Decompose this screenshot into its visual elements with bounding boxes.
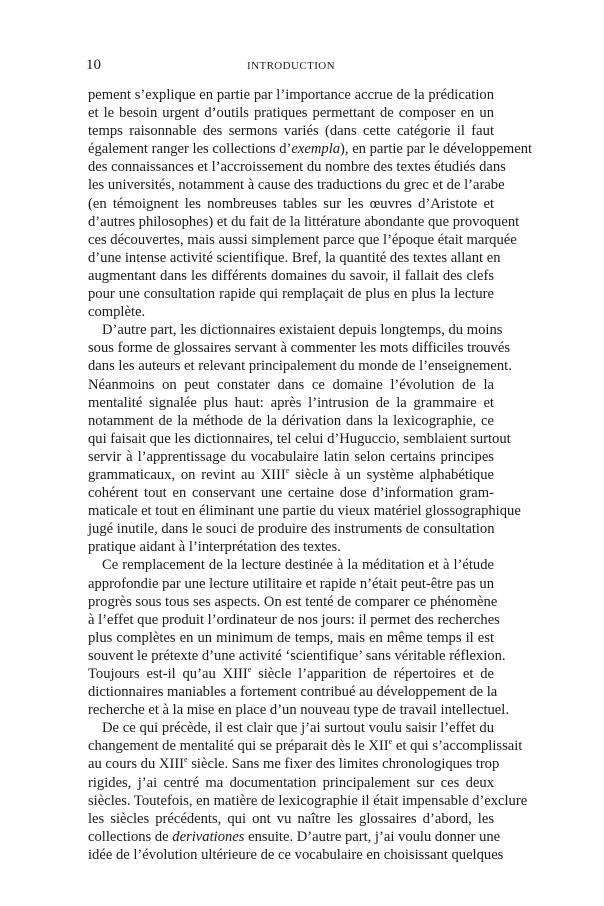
text-segment: Toujours est-il qu’au XIII [88, 666, 248, 682]
text-segment: idée de l’évolution ultérieure de ce voc… [88, 847, 503, 863]
text-segment: à l’effet que produit l’ordinateur de no… [88, 612, 500, 628]
text-line: pour une consultation rapide qui remplaç… [88, 285, 494, 303]
text-segment: siècles. Toutefois, en matière de lexico… [88, 793, 527, 809]
text-line: notamment de la méthode de la dérivation… [88, 412, 494, 430]
text-line: ces découvertes, mais aussi simplement p… [88, 231, 494, 249]
text-segment: qui faisait que les dictionnaires, tel c… [88, 431, 511, 447]
text-line: pement s’explique en partie par l’import… [88, 86, 494, 104]
text-line: pratique aidant à l’interprétation des t… [88, 538, 494, 556]
text-segment: mentalité signalée plus haut: après l’in… [88, 395, 494, 411]
text-line: d’autres philosophes) et du fait de la l… [88, 213, 494, 231]
text-line: augmentant dans les différents domaines … [88, 267, 494, 285]
text-line: plus complètes en un minimum de temps, m… [88, 629, 494, 647]
text-segment: des connaissances et l’accroissement du … [88, 159, 506, 175]
text-line: (en témoignent les nombreuses tables sur… [88, 195, 494, 213]
text-segment: d’une intense activité scientifique. Bre… [88, 250, 501, 266]
text-segment: pour une consultation rapide qui remplaç… [88, 286, 494, 302]
text-segment: souvent le prétexte d’une activité ‘scie… [88, 648, 506, 664]
text-segment: ), en partie par le développement [340, 141, 532, 157]
text-segment: siècle à un système alphabétique [289, 467, 494, 483]
text-segment: dans les auteurs et relevant principalem… [88, 358, 512, 374]
text-segment: cohérent tout en conservant une certaine… [88, 485, 494, 501]
text-segment: dictionnaires maniables a fortement cont… [88, 684, 497, 700]
text-line: progrès sous tous ses aspects. On est te… [88, 593, 494, 611]
text-segment: d’autres philosophes) et du fait de la l… [88, 214, 519, 230]
text-line: au cours du XIIIe siècle. Sans me fixer … [88, 755, 494, 773]
text-segment: Néanmoins on peut constater dans ce doma… [88, 377, 494, 393]
text-line: les universités, notamment à cause des t… [88, 176, 494, 194]
text-line: servir à l’apprentissage du vocabulaire … [88, 448, 494, 466]
text-line: collections de derivationes ensuite. D’a… [88, 828, 494, 846]
text-line: rigides, j’ai centré ma documentation pr… [88, 774, 494, 792]
text-segment: maticale et tout en éliminant une partie… [88, 503, 521, 519]
text-line: les siècles précédents, qui ont vu naîtr… [88, 810, 494, 828]
text-line: dans les auteurs et relevant principalem… [88, 357, 494, 375]
text-segment: également ranger les collections d’ [88, 141, 291, 157]
text-line: approfondie par une lecture utilitaire e… [88, 575, 494, 593]
text-segment: progrès sous tous ses aspects. On est te… [88, 594, 497, 610]
text-segment: siècle. Sans me fixer des limites chrono… [188, 756, 500, 772]
text-segment: pement s’explique en partie par l’import… [88, 87, 494, 103]
text-segment: rigides, j’ai centré ma documentation pr… [88, 775, 494, 791]
text-line: grammaticaux, on revint au XIIIe siècle … [88, 466, 494, 484]
text-segment: augmentant dans les différents domaines … [88, 268, 494, 284]
text-segment: sous forme de glossaires servant à comme… [88, 340, 510, 356]
text-line: jugé inutile, dans le souci de produire … [88, 520, 494, 538]
italic-term: exempla [291, 141, 340, 157]
text-line: Toujours est-il qu’au XIIIe siècle l’app… [88, 665, 494, 683]
text-segment: au cours du XIII [88, 756, 184, 772]
text-line: mentalité signalée plus haut: après l’in… [88, 394, 494, 412]
text-segment: complète. [88, 304, 145, 320]
text-segment: pratique aidant à l’interprétation des t… [88, 539, 341, 555]
text-segment: les siècles précédents, qui ont vu naîtr… [88, 811, 494, 827]
text-line: idée de l’évolution ultérieure de ce voc… [88, 846, 494, 864]
text-segment: servir à l’apprentissage du vocabulaire … [88, 449, 494, 465]
text-line: d’une intense activité scientifique. Bre… [88, 249, 494, 267]
running-head: INTRODUCTION [88, 58, 494, 74]
text-line: temps raisonnable des sermons variés (da… [88, 122, 494, 140]
text-line: recherche et à la mise en place d’un nou… [88, 701, 494, 719]
text-line: Néanmoins on peut constater dans ce doma… [88, 376, 494, 394]
paragraph-first-line: Ce remplacement de la lecture destinée à… [88, 556, 494, 574]
paragraph-first-line: De ce qui précède, il est clair que j’ai… [88, 719, 494, 737]
text-segment: changement de mentalité qui se préparait… [88, 738, 389, 754]
text-segment: plus complètes en un minimum de temps, m… [88, 630, 494, 646]
text-segment: grammaticaux, on revint au XIII [88, 467, 286, 483]
text-line: maticale et tout en éliminant une partie… [88, 502, 494, 520]
italic-term: derivationes [172, 829, 244, 845]
text-segment: Ce remplacement de la lecture destinée à… [102, 557, 494, 573]
text-line: des connaissances et l’accroissement du … [88, 158, 494, 176]
text-segment: approfondie par une lecture utilitaire e… [88, 576, 494, 592]
text-segment: (en témoignent les nombreuses tables sur… [88, 196, 494, 212]
text-line: changement de mentalité qui se préparait… [88, 737, 494, 755]
text-line: souvent le prétexte d’une activité ‘scie… [88, 647, 494, 665]
body-text: pement s’explique en partie par l’import… [88, 86, 494, 864]
text-line: complète. [88, 303, 494, 321]
text-segment: recherche et à la mise en place d’un nou… [88, 702, 509, 718]
text-line: siècles. Toutefois, en matière de lexico… [88, 792, 494, 810]
paragraph-first-line: D’autre part, les dictionnaires existaie… [88, 321, 494, 339]
text-line: sous forme de glossaires servant à comme… [88, 339, 494, 357]
text-segment: temps raisonnable des sermons variés (da… [88, 123, 494, 139]
text-line: dictionnaires maniables a fortement cont… [88, 683, 494, 701]
text-line: également ranger les collections d’exemp… [88, 140, 494, 158]
text-segment: ces découvertes, mais aussi simplement p… [88, 232, 517, 248]
text-segment: collections de [88, 829, 172, 845]
text-segment: les universités, notamment à cause des t… [88, 177, 505, 193]
text-segment: notamment de la méthode de la dérivation… [88, 413, 494, 429]
text-line: et le besoin urgent d’outils pratiques p… [88, 104, 494, 122]
text-segment: ensuite. D’autre part, j’ai voulu donner… [244, 829, 500, 845]
text-line: qui faisait que les dictionnaires, tel c… [88, 430, 494, 448]
text-segment: D’autre part, les dictionnaires existaie… [102, 322, 502, 338]
text-segment: et qui s’accomplissait [392, 738, 522, 754]
text-line: cohérent tout en conservant une certaine… [88, 484, 494, 502]
text-segment: siècle l’apparition de répertoires et de [251, 666, 494, 682]
text-segment: De ce qui précède, il est clair que j’ai… [102, 720, 494, 736]
text-segment: jugé inutile, dans le souci de produire … [88, 521, 495, 537]
text-line: à l’effet que produit l’ordinateur de no… [88, 611, 494, 629]
text-segment: et le besoin urgent d’outils pratiques p… [88, 105, 494, 121]
